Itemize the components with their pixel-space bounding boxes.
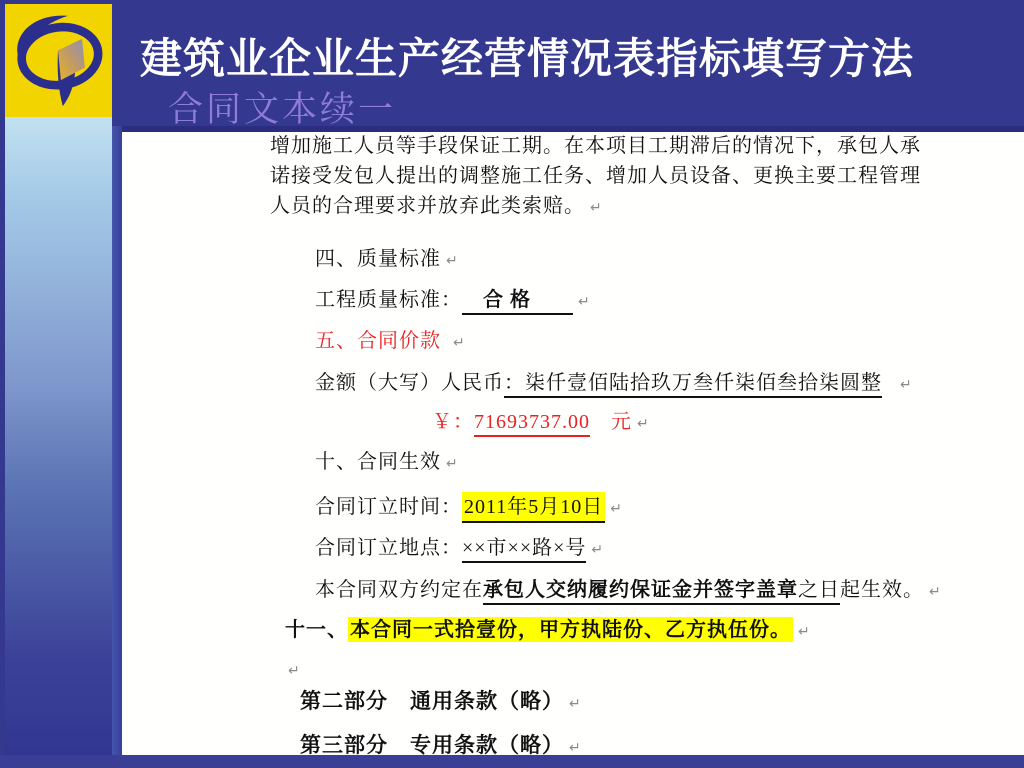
- amount-words-value: ：柒仟壹佰陆拾玖万叁仟柒佰叁拾柒圆整: [504, 370, 882, 398]
- return-mark-icon: ↵: [569, 696, 582, 712]
- text-run: 起生效。: [840, 579, 924, 601]
- return-mark-icon: ↵: [591, 542, 604, 558]
- sign-date-label: 合同订立时间：: [315, 496, 462, 518]
- logo-box: [5, 4, 112, 117]
- text-run: 本合同双方约定在: [315, 579, 483, 601]
- empty-paragraph: ↵: [288, 656, 301, 684]
- clause-10-heading: 十、合同生效↵: [315, 449, 459, 477]
- part3-heading: 第三部分 专用条款（略）↵: [300, 732, 582, 755]
- text-run: 四、质量标准: [315, 248, 441, 270]
- return-mark-icon: ↵: [610, 501, 623, 517]
- quality-value: 合 格: [462, 287, 573, 315]
- clause-11-highlight: 本合同一式拾壹份，甲方执陆份、乙方执伍份。: [348, 617, 793, 642]
- return-mark-icon: ↵: [798, 624, 811, 640]
- paragraph1-line2: 诺接受发包人提出的调整施工任务、增加人员设备、更换主要工程管理: [270, 163, 921, 189]
- amount-unit: 元: [590, 411, 632, 433]
- document-page: 增加施工人员等手段保证工期。在本项目工期滞后的情况下，承包人承 诺接受发包人提出…: [122, 132, 1024, 755]
- part2-heading: 第二部分 通用条款（略）↵: [300, 688, 582, 717]
- slide-subtitle: 合同文本续一: [168, 82, 396, 132]
- paragraph1-line1: 增加施工人员等手段保证工期。在本项目工期滞后的情况下，承包人承: [270, 133, 921, 159]
- currency-symbol: ￥：: [432, 411, 474, 433]
- effective-clause-line: 本合同双方约定在承包人交纳履约保证金并签字盖章之日起生效。↵: [315, 577, 942, 605]
- return-mark-icon: ↵: [900, 377, 913, 393]
- text-run: 增加施工人员等手段保证工期。在本项目工期滞后的情况下，承包人承: [270, 135, 921, 157]
- text-run: 第三部分 专用条款（略）: [300, 733, 564, 755]
- return-mark-icon: ↵: [453, 335, 466, 351]
- return-mark-icon: ↵: [569, 740, 582, 755]
- sign-date-value: 2011年5月10日: [462, 492, 605, 523]
- sign-place-value: ××市××路×号: [462, 535, 586, 563]
- return-mark-icon: ↵: [446, 456, 459, 472]
- sign-date-line: 合同订立时间：2011年5月10日↵: [315, 492, 623, 523]
- presentation-slide: 建筑业企业生产经营情况表指标填写方法 合同文本续一 增加施工人员等手段保证工期。…: [0, 0, 1024, 768]
- sign-place-label: 合同订立地点：: [315, 537, 462, 559]
- amount-words-line: 金额（大写）人民币：柒仟壹佰陆拾玖万叁仟柒佰叁拾柒圆整↵: [315, 370, 913, 398]
- quality-label: 工程质量标准：: [315, 289, 462, 311]
- return-mark-icon: ↵: [929, 584, 942, 600]
- quality-standard-line: 工程质量标准： 合 格 ↵: [315, 287, 591, 315]
- effective-condition: 承包人交纳履约保证金并签字盖章: [483, 577, 798, 605]
- vertical-divider: [112, 126, 122, 755]
- amount-label: 金额（大写）人民币: [315, 372, 504, 394]
- text-run: 人员的合理要求并放弃此类索赔。: [270, 195, 585, 217]
- clause-11-line: 十一、本合同一式拾壹份，甲方执陆份、乙方执伍份。↵: [285, 617, 811, 645]
- sign-place-line: 合同订立地点：××市××路×号↵: [315, 535, 604, 563]
- amount-numeric-line: ￥：71693737.00 元↵: [432, 409, 650, 437]
- return-mark-icon: ↵: [590, 200, 603, 216]
- text-run: 第二部分 通用条款（略）: [300, 689, 564, 713]
- clause-11-number: 十一、: [285, 619, 348, 641]
- statistics-bureau-logo-icon: [10, 11, 106, 109]
- text-run: 诺接受发包人提出的调整施工任务、增加人员设备、更换主要工程管理: [270, 165, 921, 187]
- paragraph1-line3: 人员的合理要求并放弃此类索赔。↵: [270, 193, 603, 221]
- amount-numeric-value: 71693737.00: [474, 409, 590, 437]
- text-run: 五、合同价款: [315, 330, 441, 352]
- return-mark-icon: ↵: [578, 294, 591, 310]
- clause-4-heading: 四、质量标准↵: [315, 246, 459, 274]
- text-run: 之日: [798, 577, 840, 605]
- clause-5-heading: 五、合同价款↵: [315, 328, 466, 356]
- return-mark-icon: ↵: [637, 416, 650, 432]
- text-run: 十、合同生效: [315, 451, 441, 473]
- return-mark-icon: ↵: [446, 253, 459, 269]
- left-gradient-column: [5, 117, 112, 755]
- return-mark-icon: ↵: [288, 663, 301, 679]
- slide-title: 建筑业企业生产经营情况表指标填写方法: [140, 26, 914, 86]
- bottom-bar: [0, 755, 1024, 768]
